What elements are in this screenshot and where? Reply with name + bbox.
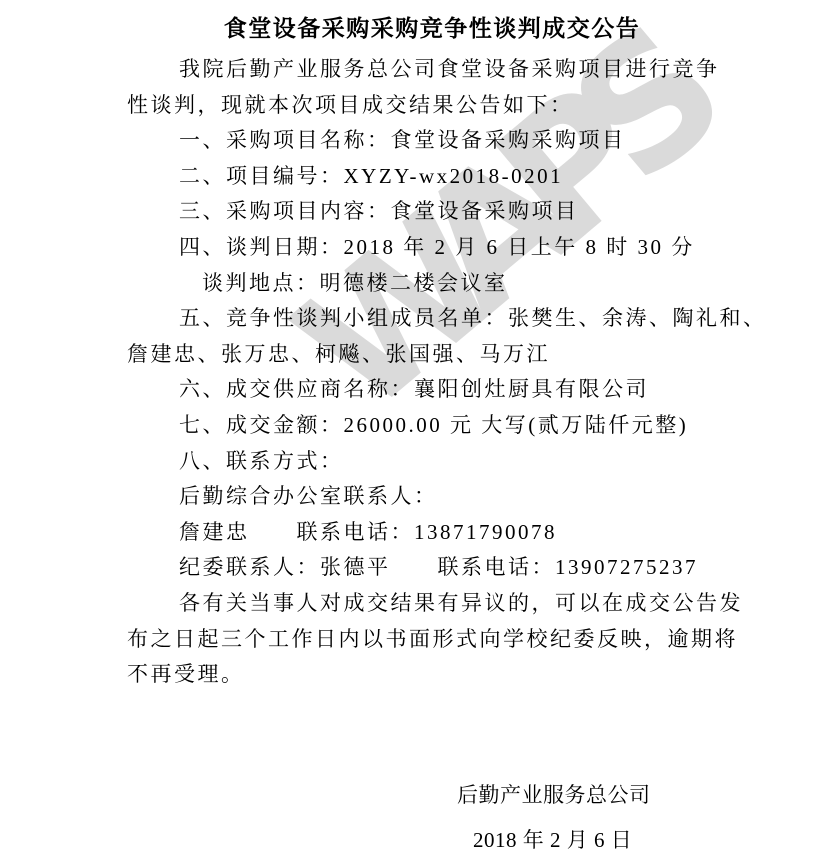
document-content: 食堂设备采购采购竞争性谈判成交公告 我院后勤产业服务总公司食堂设备采购项目进行竞…: [127, 0, 797, 863]
body-line: 七、成交金额：26000.00 元 大写(贰万陆仟元整): [127, 408, 797, 444]
body-line: 五、竞争性谈判小组成员名单：张樊生、余涛、陶礼和、: [127, 301, 797, 337]
document-body: 我院后勤产业服务总公司食堂设备采购项目进行竞争 性谈判，现就本次项目成交结果公告…: [127, 52, 797, 693]
signature-org: 后勤产业服务总公司: [127, 773, 797, 818]
body-line: 詹建忠、张万忠、柯飚、张国强、马万江: [127, 337, 797, 373]
body-line: 性谈判，现就本次项目成交结果公告如下：: [127, 88, 797, 124]
body-line: 我院后勤产业服务总公司食堂设备采购项目进行竞争: [127, 52, 797, 88]
body-line: 六、成交供应商名称：襄阳创灶厨具有限公司: [127, 372, 797, 408]
body-line: 纪委联系人：张德平 联系电话：13907275237: [127, 550, 797, 586]
page-title: 食堂设备采购采购竞争性谈判成交公告: [127, 12, 737, 46]
body-line: 三、采购项目内容：食堂设备采购项目: [127, 194, 797, 230]
signature-block: 后勤产业服务总公司 2018 年 2 月 6 日: [127, 773, 797, 863]
body-line: 四、谈判日期：2018 年 2 月 6 日上午 8 时 30 分: [127, 230, 797, 266]
body-line: 詹建忠 联系电话：13871790078: [127, 515, 797, 551]
body-line: 不再受理。: [127, 657, 797, 693]
body-line: 二、项目编号：XYZY-wx2018-0201: [127, 159, 797, 195]
body-line: 一、采购项目名称：食堂设备采购采购项目: [127, 123, 797, 159]
body-line: 各有关当事人对成交结果有异议的，可以在成交公告发: [127, 586, 797, 622]
body-line: 谈判地点：明德楼二楼会议室: [127, 266, 797, 302]
document-page: WAPS 食堂设备采购采购竞争性谈判成交公告 我院后勤产业服务总公司食堂设备采购…: [0, 0, 823, 867]
body-line: 八、联系方式：: [127, 444, 797, 480]
body-line: 后勤综合办公室联系人：: [127, 479, 797, 515]
body-line: 布之日起三个工作日内以书面形式向学校纪委反映，逾期将: [127, 622, 797, 658]
signature-date: 2018 年 2 月 6 日: [127, 818, 797, 863]
